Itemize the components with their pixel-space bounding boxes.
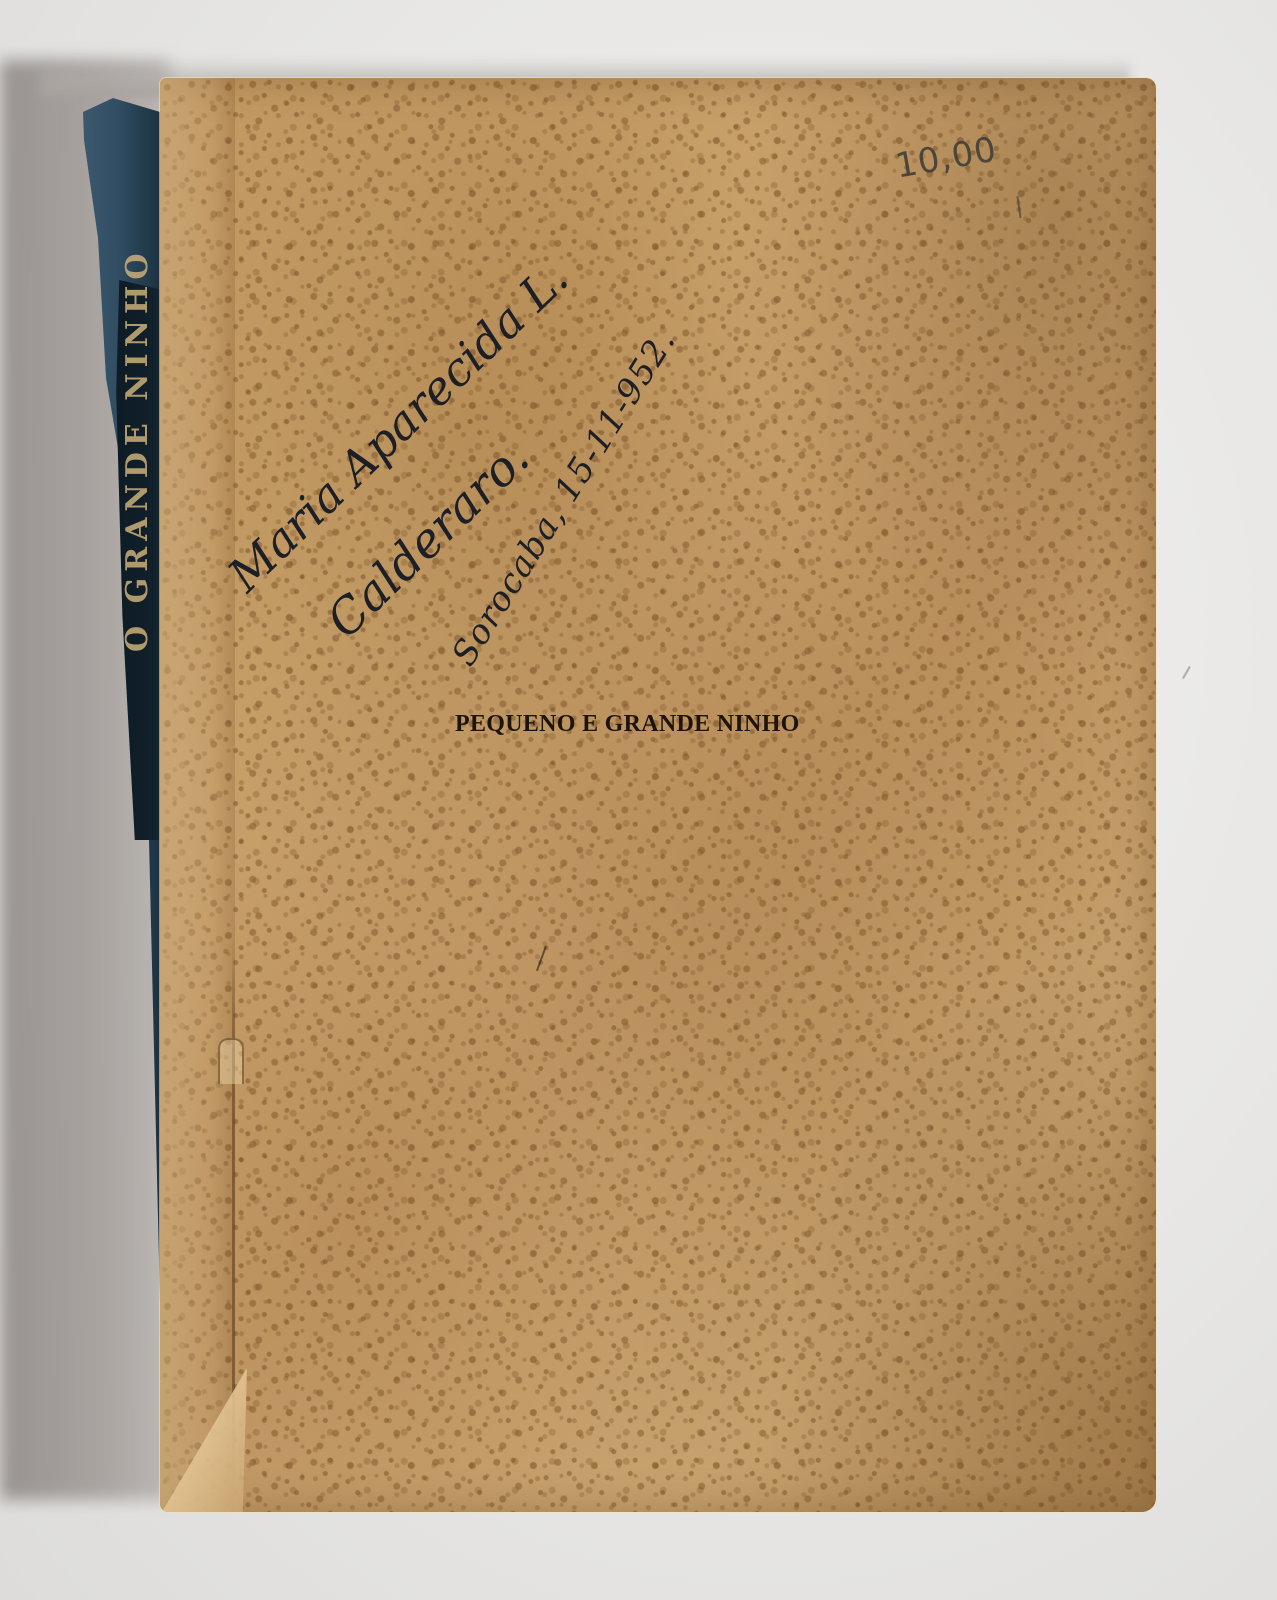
book-title: PEQUENO E GRANDE NINHO bbox=[455, 711, 800, 738]
cover-torn-tab bbox=[218, 1038, 244, 1084]
cover-left-edge bbox=[160, 78, 235, 1512]
book-cover: 10,00 Maria Aparecida L. Calderaro. Soro… bbox=[160, 78, 1156, 1512]
spine-title: O GRANDE NINHO bbox=[118, 170, 158, 730]
cover-foxing-fine bbox=[160, 78, 1156, 1512]
